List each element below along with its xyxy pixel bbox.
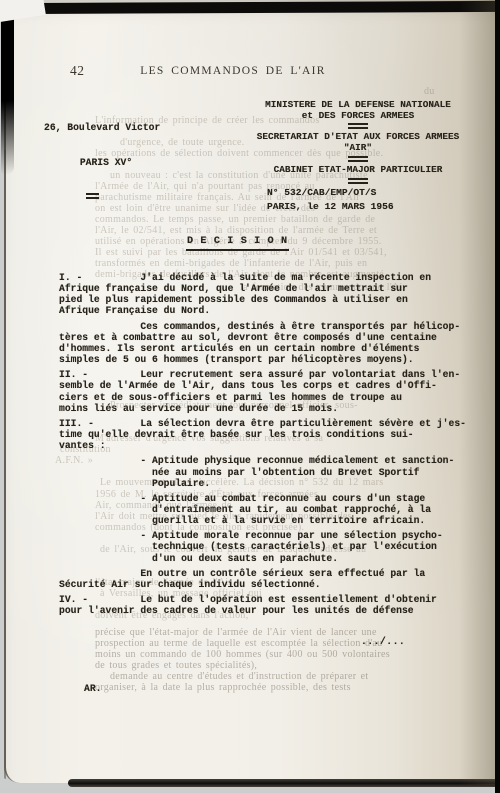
scan-edge-right — [495, 0, 500, 793]
bleedthrough-text: précise que l'état-major de l'armée de l… — [95, 627, 377, 638]
typewriter-line: Populaire. — [59, 478, 466, 489]
typewriter-line: III. - La sélection devra être particuli… — [59, 418, 466, 429]
typewriter-line: simples de 5 ou 6 hommes (transport par … — [59, 354, 466, 365]
paragraph: - Aptitude morale reconnue par une sélec… — [59, 530, 466, 563]
typewriter-line: - Aptitude morale reconnue par une sélec… — [59, 530, 466, 541]
paragraph: II. - Leur recrutement sera assuré par v… — [59, 369, 466, 414]
typewriter-line: née au moins par l'obtention du Brevet S… — [59, 467, 466, 478]
letterhead-line: et DES FORCES ARMEES — [250, 111, 466, 122]
typewriter-line: tères et à combattre au sol, devront êtr… — [59, 332, 466, 343]
typewriter-line: Ces commandos, destinés à être transport… — [59, 321, 466, 332]
typewriter-line: technique (tests caractériels) et par l'… — [59, 541, 466, 552]
typewriter-line: IV. - Le but de l'opération est essentie… — [59, 594, 466, 605]
typewriter-line: d'hommes. Ils seront articulés en un cer… — [59, 343, 466, 354]
bleedthrough-text: du — [424, 86, 435, 97]
sender-street: 26, Boulevard Victor — [44, 122, 168, 134]
letter-body: I. - J'ai décidé à la suite de ma récent… — [59, 272, 466, 620]
typewriter-line: ciers et de sous-officiers et parmi les … — [59, 392, 466, 403]
scanned-book-page: duL'information de principe de créer les… — [0, 0, 500, 793]
typewriter-line: guerilla et à la survie en territoire af… — [59, 515, 466, 526]
double-rule — [348, 123, 368, 129]
typewriter-line: d'un ou deux sauts en parachute. — [59, 553, 466, 564]
bleedthrough-text: de tous grades et toutes spécialités), — [95, 660, 257, 671]
bleedthrough-text: prospection au terme de laquelle est esc… — [95, 638, 382, 649]
reference-number: N° 532/CAB/EMP/OT/S — [267, 187, 376, 198]
double-rule — [86, 193, 99, 199]
typewriter-line: Sécurité Air sur chaque individu sélecti… — [59, 579, 466, 590]
signature-initials: AR. — [84, 683, 101, 694]
page-edge-line — [4, 150, 6, 779]
dateline: PARIS, le 12 MARS 1956 — [267, 201, 394, 212]
paragraph: Ces commandos, destinés à être transport… — [59, 321, 466, 366]
paragraph: - Aptitude au combat reconnue au cours d… — [59, 493, 466, 526]
sender-address: 26, Boulevard Victor PARIS XV° — [44, 99, 168, 222]
letterhead-line: CABINET ETAT-MAJOR PARTICULIER — [250, 165, 466, 176]
book-spine-shadow — [1, 10, 14, 175]
double-rule — [348, 178, 368, 184]
letterhead: MINISTERE DE LA DEFENSE NATIONALEet DES … — [250, 100, 466, 187]
typewriter-line: - Aptitude au combat reconnue au cours d… — [59, 493, 466, 504]
bleedthrough-text: transformés en demi-brigades de l'infant… — [95, 258, 367, 269]
bleedthrough-text: moins un commando de 100 hommes (sur 400… — [95, 649, 390, 660]
double-rule — [348, 156, 368, 162]
continuation-mark: .../... — [361, 636, 405, 647]
bleedthrough-text: l'Air, le 02/541, est mis à la dispositi… — [95, 225, 377, 236]
running-title: LES COMMANDOS DE L'AIR — [140, 65, 325, 77]
typewriter-line: II. - Leur recrutement sera assuré par v… — [59, 369, 466, 380]
typewriter-line: moins liés au service pour une durée de … — [59, 403, 466, 414]
paragraph: - Aptitude physique reconnue médicalemen… — [59, 455, 466, 488]
bleedthrough-text: demande au centre d'études et d'instruct… — [110, 671, 368, 682]
paragraph: IV. - Le but de l'opération est essentie… — [59, 594, 466, 616]
bleedthrough-text: organiser, à la date la plus rapprochée … — [95, 682, 351, 693]
typewriter-line: semble de l'Armée de l'Air, dans tous le… — [59, 380, 466, 391]
page-number: 42 — [70, 63, 85, 79]
letterhead-line: "AIR" — [250, 143, 466, 154]
paragraph: III. - La sélection devra être particuli… — [59, 418, 466, 451]
sender-city: PARIS XV° — [44, 157, 168, 169]
typewriter-line: time qu'elle devrait être basée sur les … — [59, 429, 466, 440]
typewriter-line: - Aptitude physique reconnue médicalemen… — [59, 455, 466, 466]
paragraph: En outre un contrôle sérieux sera effect… — [59, 568, 466, 590]
scan-edge-bottom — [68, 779, 500, 787]
scan-edge-top — [10, 1, 500, 14]
typewriter-line: En outre un contrôle sérieux sera effect… — [59, 568, 466, 579]
typewriter-line: I. - J'ai décidé à la suite de ma récent… — [59, 272, 466, 283]
typewriter-line: pour l'avenir des cadres de valeur pour … — [59, 605, 466, 616]
decision-heading: D E C I S I O N — [186, 236, 289, 251]
typewriter-line: pied le plus rapidement possible des Com… — [59, 294, 466, 305]
typewriter-line: d'entraînement au tir, au combat rapproc… — [59, 504, 466, 515]
paragraph: I. - J'ai décidé à la suite de ma récent… — [59, 272, 466, 317]
typewriter-line: Afrique française du Nord, que l'Armée d… — [59, 283, 466, 294]
typewriter-line: vantes : — [59, 440, 466, 451]
typewriter-line: Afrique Française du Nord. — [59, 305, 466, 316]
